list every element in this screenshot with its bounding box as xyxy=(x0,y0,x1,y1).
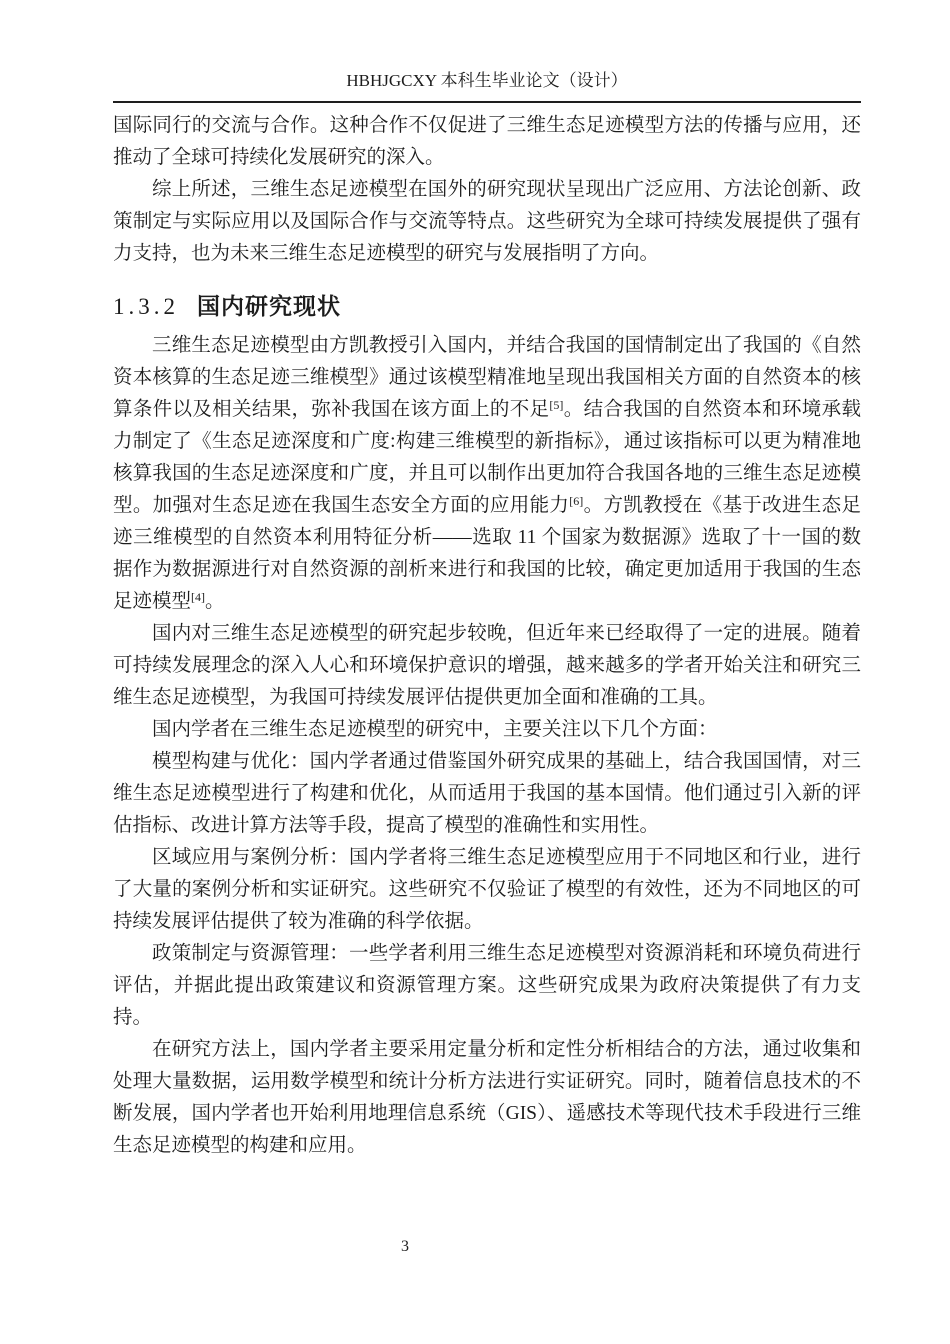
section-title: 国内研究现状 xyxy=(197,294,341,320)
citation-ref-5: [5] xyxy=(549,398,563,412)
page-number: 3 xyxy=(401,1238,409,1255)
paragraph-domestic-progress: 国内对三维生态足迹模型的研究起步较晚，但近年来已经取得了一定的进展。随着可持续发… xyxy=(113,618,861,714)
section-heading: 1.3.2国内研究现状 xyxy=(113,292,861,322)
paragraph-research-methods: 在研究方法上，国内学者主要采用定量分析和定性分析相结合的方法，通过收集和处理大量… xyxy=(113,1034,861,1162)
paragraph-fangkai-model: 三维生态足迹模型由方凯教授引入国内，并结合我国的国情制定出了我国的《自然资本核算… xyxy=(113,330,861,618)
paragraph-focus-areas: 国内学者在三维生态足迹模型的研究中，主要关注以下几个方面： xyxy=(113,714,861,746)
document-body: 国际同行的交流与合作。这种合作不仅促进了三维生态足迹模型方法的传播与应用，还推动… xyxy=(113,110,861,1162)
paragraph-foreign-summary: 综上所述，三维生态足迹模型在国外的研究现状呈现出广泛应用、方法论创新、政策制定与… xyxy=(113,174,861,270)
citation-ref-6: [6] xyxy=(569,494,583,508)
section-number: 1.3.2 xyxy=(113,294,179,319)
paragraph-intl-cooperation: 国际同行的交流与合作。这种合作不仅促进了三维生态足迹模型方法的传播与应用，还推动… xyxy=(113,110,861,174)
paragraph-model-construction: 模型构建与优化：国内学者通过借鉴国外研究成果的基础上，结合我国国情，对三维生态足… xyxy=(113,746,861,842)
page-header: HBHJGCXY 本科生毕业论文（设计） xyxy=(113,68,861,103)
page-footer: 3 xyxy=(355,1237,455,1257)
paragraph-policy-resource: 政策制定与资源管理：一些学者利用三维生态足迹模型对资源消耗和环境负荷进行评估，并… xyxy=(113,938,861,1034)
citation-ref-4: [4] xyxy=(191,590,205,604)
paragraph-regional-application: 区域应用与案例分析：国内学者将三维生态足迹模型应用于不同地区和行业，进行了大量的… xyxy=(113,842,861,938)
document-page: HBHJGCXY 本科生毕业论文（设计） 国际同行的交流与合作。这种合作不仅促进… xyxy=(0,0,950,1344)
running-head-title: HBHJGCXY 本科生毕业论文（设计） xyxy=(346,71,627,90)
paragraph-text-segment: 。 xyxy=(205,591,225,612)
